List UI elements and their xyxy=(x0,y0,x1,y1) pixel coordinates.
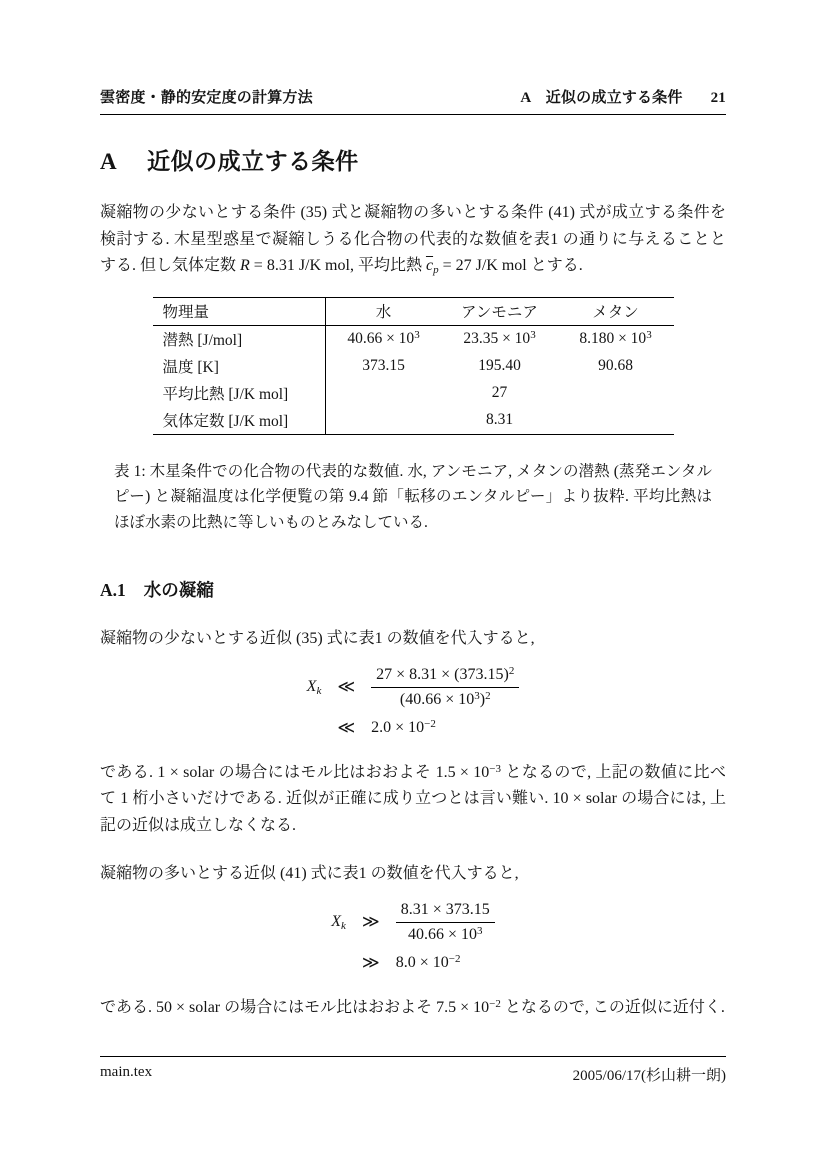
paragraph-text: である. 50 × solar の場合にはモル比はおおよそ xyxy=(100,999,436,1016)
equation-result: 2.0 × 10−2 xyxy=(371,719,519,737)
table-1-container: 物理量 水 アンモニア メタン 潜熱 [J/mol] 40.66 × 103 2… xyxy=(100,297,726,435)
cell-value: 195.40 xyxy=(442,353,558,380)
table-row-latent-heat: 潜熱 [J/mol] 40.66 × 103 23.35 × 103 8.180… xyxy=(153,325,674,353)
inline-value-exponent: −2 xyxy=(489,998,501,1010)
paragraph-eq2-lead: 凝縮物の多いとする近似 (41) 式に表1 の数値を代入すると, xyxy=(100,861,726,888)
row-label: 気体定数 [J/K mol] xyxy=(153,407,326,435)
equation-fraction: 8.31 × 373.15 40.66 × 103 xyxy=(396,901,495,944)
footer-filename: main.tex xyxy=(100,1064,152,1085)
col-header-ammonia: アンモニア xyxy=(442,297,558,325)
cell-value: 40.66 × 103 xyxy=(325,325,442,353)
cell-value: 373.15 xyxy=(325,353,442,380)
math-X: X xyxy=(331,913,341,930)
fraction-denominator: (40.66 × 103)2 xyxy=(371,687,519,709)
much-greater-than-symbol: ≫ xyxy=(362,953,380,973)
inline-value-exponent: −3 xyxy=(489,763,501,775)
equation-lhs: Xk xyxy=(331,913,346,931)
fraction-numerator: 27 × 8.31 × (373.15)2 xyxy=(371,666,519,687)
cell-value-span: 27 xyxy=(325,380,674,407)
much-less-than-symbol: ≪ xyxy=(337,718,355,738)
paragraph-eq1-discussion: である. 1 × solar の場合にはモル比はおおよそ 1.5 × 10−3 … xyxy=(100,760,726,840)
cell-value: 8.180 × 103 xyxy=(558,325,674,353)
fraction-numerator: 8.31 × 373.15 xyxy=(396,901,495,922)
footer-date-author: 2005/06/17(杉山耕一朗) xyxy=(573,1064,726,1085)
math-cbar: c xyxy=(426,257,433,274)
value-base: 40.66 × 10 xyxy=(347,330,414,347)
math-X: X xyxy=(307,678,317,695)
paragraph-text: = 8.31 J/K mol, 平均比熱 xyxy=(250,257,426,274)
row-label: 温度 [K] xyxy=(153,353,326,380)
subsection-heading-a1: A.1水の凝縮 xyxy=(100,577,726,602)
cell-value: 90.68 xyxy=(558,353,674,380)
section-heading-a: A近似の成立する条件 xyxy=(100,143,726,176)
paragraph-text: となるので, この近似に近付く. xyxy=(501,999,725,1016)
running-header: 雲密度・静的安定度の計算方法 A 近似の成立する条件 21 xyxy=(100,86,726,115)
fraction-denominator: 40.66 × 103 xyxy=(396,922,495,944)
header-section-title: A 近似の成立する条件 xyxy=(520,86,682,107)
paragraph-intro: 凝縮物の少ないとする条件 (35) 式と凝縮物の多いとする条件 (41) 式が成… xyxy=(100,200,726,280)
value-exponent: 3 xyxy=(530,329,536,341)
much-less-than-symbol: ≪ xyxy=(337,677,355,697)
equation-2: Xk ≫ 8.31 × 373.15 40.66 × 103 ≫ 8.0 × 1… xyxy=(100,901,726,973)
row-label: 潜熱 [J/mol] xyxy=(153,325,326,353)
equation-fraction: 27 × 8.31 × (373.15)2 (40.66 × 103)2 xyxy=(371,666,519,709)
section-number: A xyxy=(100,149,117,174)
row-label: 平均比熱 [J/K mol] xyxy=(153,380,326,407)
paragraph-eq2-discussion: である. 50 × solar の場合にはモル比はおおよそ 7.5 × 10−2… xyxy=(100,995,726,1022)
table-header-row: 物理量 水 アンモニア メタン xyxy=(153,297,674,325)
math-R: R xyxy=(240,257,250,274)
inline-value-base: 1.5 × 10 xyxy=(436,764,490,781)
table-1: 物理量 水 アンモニア メタン 潜熱 [J/mol] 40.66 × 103 2… xyxy=(153,297,674,435)
cell-value-span: 8.31 xyxy=(325,407,674,435)
subsection-title: 水の凝縮 xyxy=(144,580,214,600)
col-header-methane: メタン xyxy=(558,297,674,325)
table-row-specific-heat: 平均比熱 [J/K mol] 27 xyxy=(153,380,674,407)
value-exponent: 3 xyxy=(646,329,652,341)
much-greater-than-symbol: ≫ xyxy=(362,912,380,932)
equation-1: Xk ≪ 27 × 8.31 × (373.15)2 (40.66 × 103)… xyxy=(100,666,726,738)
subsection-number: A.1 xyxy=(100,580,126,600)
table-row-temperature: 温度 [K] 373.15 195.40 90.68 xyxy=(153,353,674,380)
paragraph-text: である. 1 × solar の場合にはモル比はおおよそ xyxy=(100,764,436,781)
paragraph-text: = 27 J/K mol とする. xyxy=(439,257,583,274)
math-X-sub: k xyxy=(316,685,321,697)
section-title: 近似の成立する条件 xyxy=(147,149,359,174)
equation-1-grid: Xk ≪ 27 × 8.31 × (373.15)2 (40.66 × 103)… xyxy=(307,666,520,738)
table-row-gas-constant: 気体定数 [J/K mol] 8.31 xyxy=(153,407,674,435)
equation-result: 8.0 × 10−2 xyxy=(396,954,495,972)
document-page: 雲密度・静的安定度の計算方法 A 近似の成立する条件 21 A近似の成立する条件… xyxy=(0,0,826,1169)
math-X-sub: k xyxy=(341,920,346,932)
value-base: 23.35 × 10 xyxy=(463,330,530,347)
page-footer: main.tex 2005/06/17(杉山耕一朗) xyxy=(100,1056,726,1085)
table-1-caption: 表 1: 木星条件での化合物の代表的な数値. 水, アンモニア, メタンの潜熱 … xyxy=(114,459,712,536)
header-left-title: 雲密度・静的安定度の計算方法 xyxy=(100,86,313,107)
equation-lhs: Xk xyxy=(307,678,322,696)
col-header-water: 水 xyxy=(325,297,442,325)
cell-value: 23.35 × 103 xyxy=(442,325,558,353)
equation-2-grid: Xk ≫ 8.31 × 373.15 40.66 × 103 ≫ 8.0 × 1… xyxy=(331,901,495,973)
value-base: 8.180 × 10 xyxy=(579,330,646,347)
paragraph-eq1-lead: 凝縮物の少ないとする近似 (35) 式に表1 の数値を代入すると, xyxy=(100,626,726,653)
header-right: A 近似の成立する条件 21 xyxy=(520,86,726,107)
inline-value-base: 7.5 × 10 xyxy=(436,999,489,1016)
value-exponent: 3 xyxy=(414,329,420,341)
page-number: 21 xyxy=(711,90,726,107)
col-header-quantity: 物理量 xyxy=(153,297,326,325)
